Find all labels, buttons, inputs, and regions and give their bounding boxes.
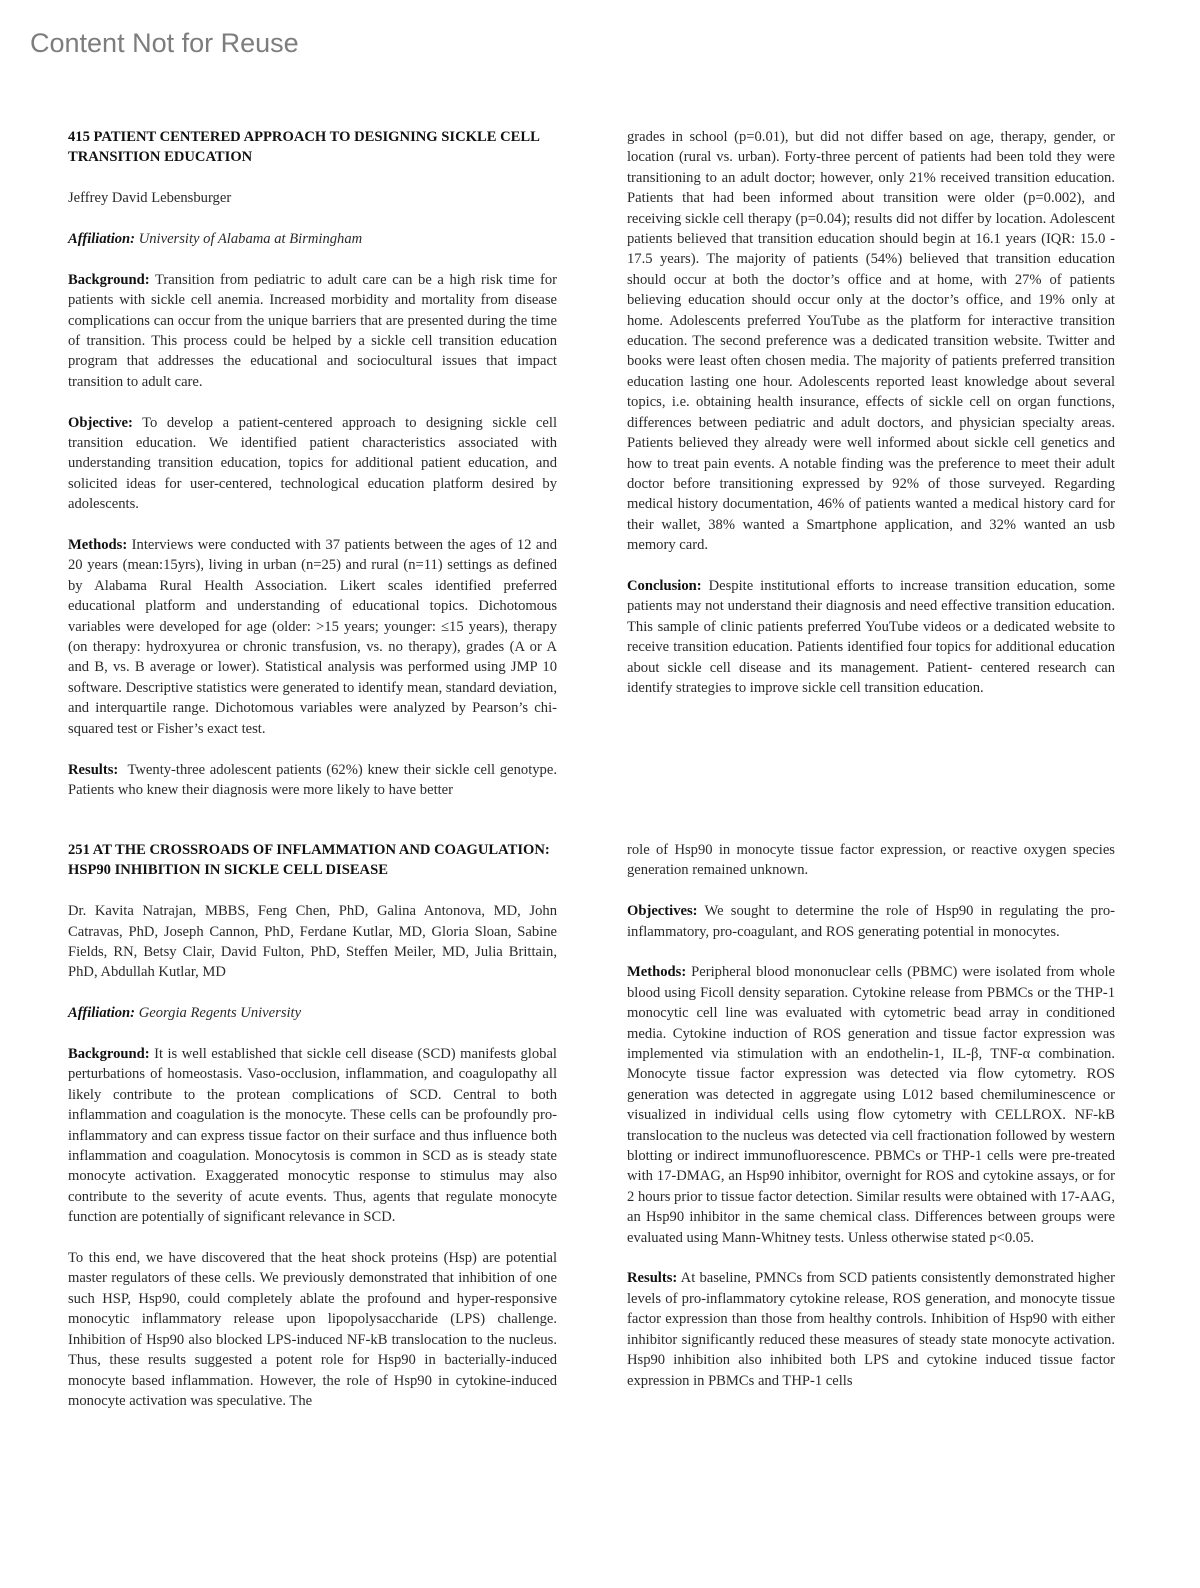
background-label: Background: [68,272,150,288]
affiliation: Affiliation: Georgia Regents University [68,1003,557,1023]
results-label: Results: [627,1270,677,1286]
affiliation-value: Georgia Regents University [139,1005,301,1021]
conclusion-text: Despite institutional efforts to increas… [627,578,1115,696]
objectives-label: Objectives: [627,903,698,919]
methods-text: Peripheral blood mononuclear cells (PBMC… [627,964,1115,1245]
watermark: Content Not for Reuse [30,28,299,59]
abstract-251-left-column: 251 AT THE CROSSROADS OF INFLAMMATION AN… [68,840,557,1411]
abstract-authors: Jeffrey David Lebensburger [68,188,557,208]
background-label: Background: [68,1046,150,1062]
objective-label: Objective: [68,415,133,431]
conclusion-label: Conclusion: [627,578,702,594]
objectives-text: We sought to determine the role of Hsp90… [627,903,1115,939]
background-continued: To this end, we have discovered that the… [68,1248,557,1411]
methods-section: Methods: Peripheral blood mononuclear ce… [627,962,1115,1248]
objective-section: Objective: To develop a patient-centered… [68,413,557,515]
background-text: Transition from pediatric to adult care … [68,272,557,390]
abstract-415-left-column: 415 PATIENT CENTERED APPROACH TO DESIGNI… [68,127,557,800]
results-section: Results: Twenty-three adolescent patient… [68,760,557,801]
affiliation: Affiliation: University of Alabama at Bi… [68,229,557,249]
conclusion-section: Conclusion: Despite institutional effort… [627,576,1115,698]
results-continued: grades in school (p=0.01), but did not d… [627,127,1115,556]
affiliation-label: Affiliation: [68,231,135,247]
methods-text: Interviews were conducted with 37 patien… [68,537,557,737]
abstract-251-right-column: role of Hsp90 in monocyte tissue factor … [627,840,1115,1391]
affiliation-value: University of Alabama at Birmingham [139,231,363,247]
abstract-title: 415 PATIENT CENTERED APPROACH TO DESIGNI… [68,127,557,168]
affiliation-label: Affiliation: [68,1005,135,1021]
objectives-section: Objectives: We sought to determine the r… [627,901,1115,942]
background-section: Background: It is well established that … [68,1044,557,1228]
abstract-415-right-column: grades in school (p=0.01), but did not d… [627,127,1115,698]
results-section: Results: At baseline, PMNCs from SCD pat… [627,1268,1115,1390]
background-continued-2: role of Hsp90 in monocyte tissue factor … [627,840,1115,881]
methods-section: Methods: Interviews were conducted with … [68,535,557,739]
results-label: Results: [68,762,118,778]
methods-label: Methods: [627,964,686,980]
abstract-authors: Dr. Kavita Natrajan, MBBS, Feng Chen, Ph… [68,901,557,983]
methods-label: Methods: [68,537,127,553]
results-text-part1: Twenty-three adolescent patients (62%) k… [68,762,557,798]
abstract-title: 251 AT THE CROSSROADS OF INFLAMMATION AN… [68,840,557,881]
background-section: Background: Transition from pediatric to… [68,270,557,392]
background-text: It is well established that sickle cell … [68,1046,557,1225]
objective-text: To develop a patient-centered approach t… [68,415,557,513]
results-text: At baseline, PMNCs from SCD patients con… [627,1270,1115,1388]
